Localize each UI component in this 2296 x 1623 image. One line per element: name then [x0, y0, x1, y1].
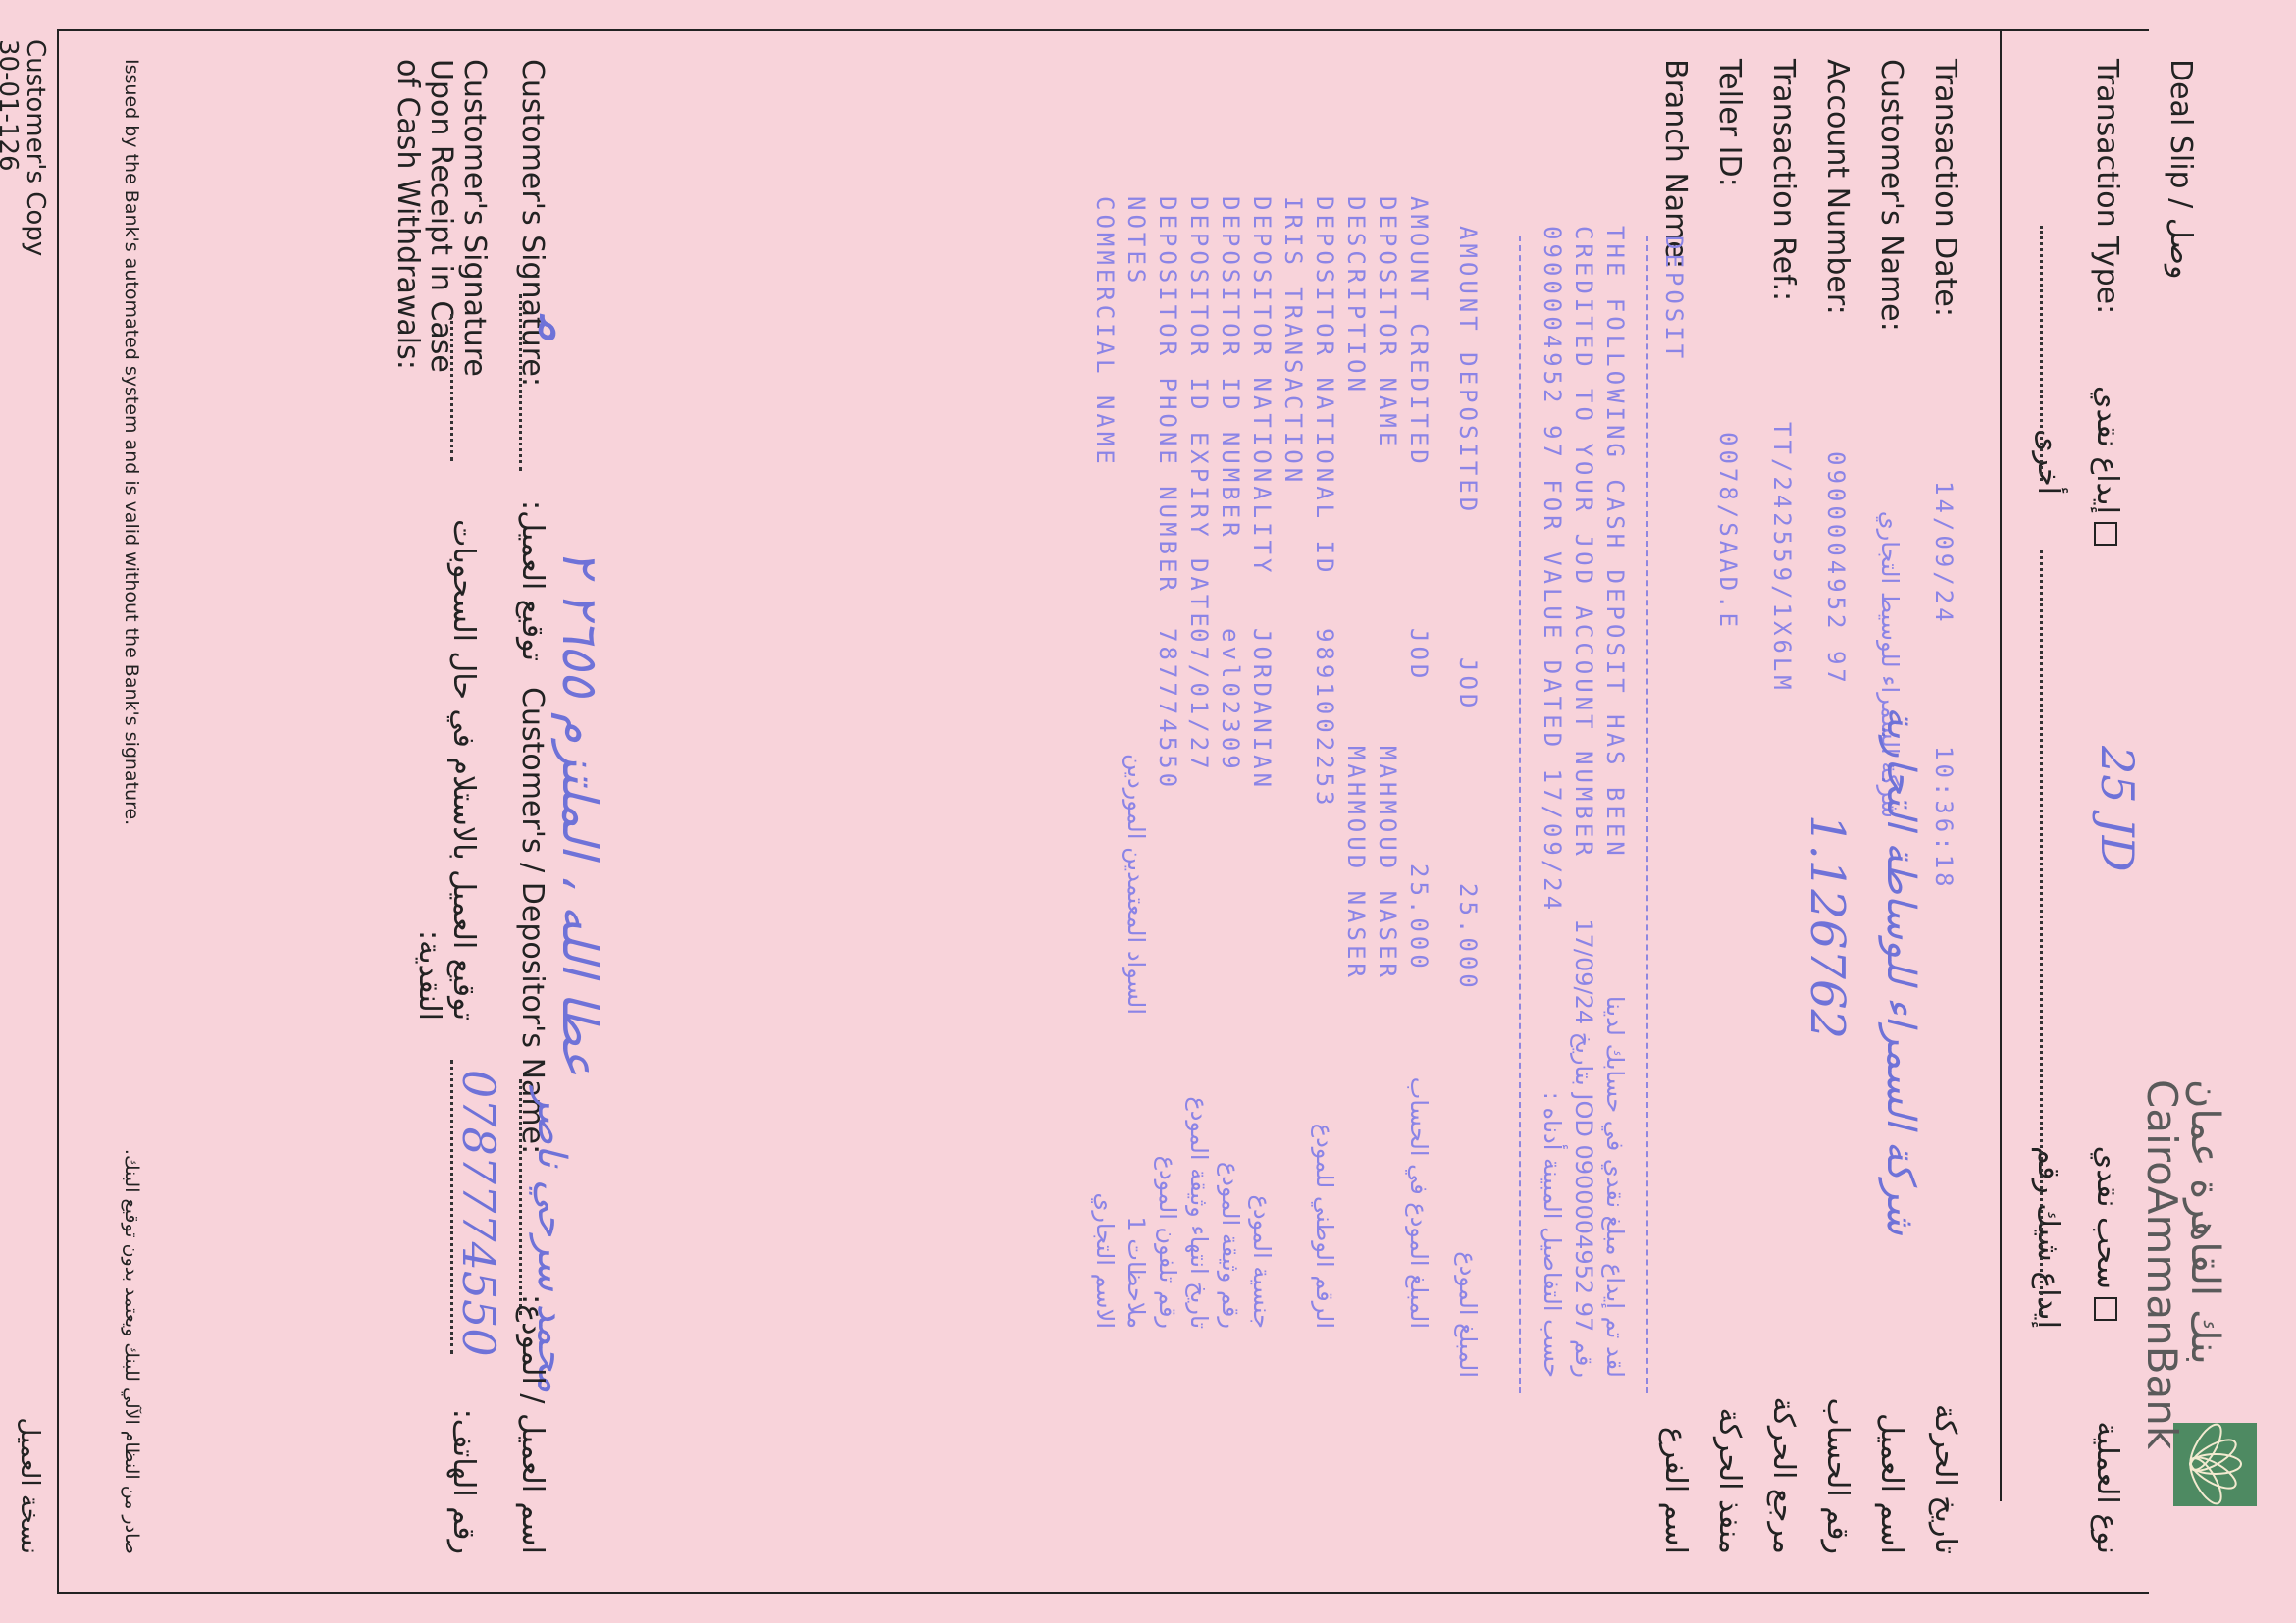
checkbox-cash-deposit[interactable] — [2095, 522, 2118, 546]
account-number-value: 0900004952 97 — [1822, 451, 1850, 687]
cheque-number-field[interactable] — [2040, 550, 2043, 1315]
row-value: MAHMOUD NASER — [1342, 746, 1370, 981]
row-label-ar: ملاحظات 1 — [1122, 1216, 1150, 1329]
row-value: السواد المعتمدين الموردين — [1122, 754, 1150, 1015]
row-label: DEPOSITOR ID EXPIRY DATE — [1185, 196, 1213, 631]
copy-label: Customer's Copy 30-01-126 — [0, 39, 49, 256]
printout-top-border — [1646, 236, 1648, 1393]
phone-label-ar: رقم الهاتف: — [446, 1409, 481, 1554]
customer-name-label-ar: اسم العميل — [1874, 1413, 1908, 1554]
transaction-type-label-ar: نوع العملية — [2090, 1421, 2124, 1554]
row-label-ar: جنسية المودع — [1248, 1195, 1276, 1330]
row-label: AMOUNT DEPOSITED — [1454, 226, 1482, 515]
row-label-ar: رقم تلفون المودع — [1154, 1156, 1181, 1329]
row-label-ar: المبلغ المودع في الحساب — [1405, 1077, 1433, 1329]
handwritten-amount: 25 JD — [2091, 746, 2144, 871]
row-label: DEPOSITOR NAME — [1374, 196, 1401, 449]
row-value: JORDANIAN — [1248, 628, 1276, 791]
customer-signature: ﻣ — [527, 314, 589, 342]
transaction-ref-label: Transaction Ref.: — [1766, 59, 1800, 301]
copy-label-ar: نسخة العميل — [15, 1417, 44, 1554]
row-currency: JOD — [1405, 628, 1433, 682]
row-label: DESCRIPTION — [1342, 196, 1370, 395]
row-label-ar: تاريخ انتهاء وثيقة المودع — [1185, 1096, 1213, 1329]
option-cheque-deposit[interactable]: إيداع شيك رقم — [2031, 1146, 2065, 1329]
withdrawal-signature-field[interactable] — [450, 314, 453, 461]
handwritten-customer-name: شركة السمراء للوساطة التجارية — [1878, 707, 1923, 1235]
row-label: COMMERCIAL NAME — [1091, 196, 1119, 468]
row-label: DEPOSITOR NATIONALITY — [1248, 196, 1276, 576]
row-label-ar: المبلغ المودع — [1454, 1251, 1482, 1378]
withdrawal-signature-label-ar: توقيع العميل بالاستلام في حال السحوبات ا… — [412, 491, 481, 1021]
teller-id-value: 0078/SAAD.E — [1714, 432, 1742, 631]
disclaimer-ar: صادر من النظام الآلي للبنك ويعتمد بدون ت… — [121, 1149, 142, 1554]
printout-heading-2: CREDITED TO YOUR JOD ACCOUNT NUMBER — [1570, 226, 1597, 860]
row-label-ar: الاسم التجاري — [1091, 1193, 1119, 1329]
transaction-ref-label-ar: مرجع الحركة — [1766, 1397, 1800, 1554]
row-label: DEPOSITOR PHONE NUMBER — [1154, 196, 1181, 595]
row-value: MAHMOUD NASER — [1374, 746, 1401, 981]
printout-heading-1: THE FOLLOWING CASH DEPOSIT HAS BEEN — [1601, 226, 1629, 860]
printout-heading-ar-3: حسب التفاصيل المبينة أدناه : — [1539, 1092, 1566, 1378]
slip-title: Deal Slip / وصل — [2164, 59, 2198, 279]
branch-name-value: DEPOSIT — [1660, 236, 1688, 362]
bank-name-arabic: بنك القاهرة عمان — [2182, 1079, 2227, 1365]
section-divider — [2000, 29, 2002, 1501]
depositor-name-field[interactable] — [519, 1079, 522, 1315]
option-other[interactable]: أخرى — [2031, 429, 2065, 495]
printout-heading-3: 0900004952 97 FOR VALUE DATED 17/09/24 — [1539, 226, 1566, 914]
row-label: DEPOSITOR ID NUMBER — [1217, 196, 1244, 541]
withdrawal-signature-label: Customer's Signature Upon Receipt in Cas… — [391, 59, 491, 377]
transaction-type-label: Transaction Type: — [2090, 59, 2124, 314]
bank-name-english: CairoAmmanBank — [2138, 1079, 2186, 1449]
form-code: 30-01-126 — [0, 39, 22, 256]
printout-heading-ar-1: لقد تم إيداع مبلغ نقدي في حسابك لدينا — [1601, 996, 1629, 1378]
row-label: IRIS TRANSACTION — [1279, 196, 1307, 486]
teller-id-label-ar: منفذ الحركة — [1712, 1408, 1747, 1554]
row-value: 787774550 — [1154, 628, 1181, 791]
row-value: 25.000 — [1454, 883, 1482, 992]
deal-slip: بنك القاهرة عمان CairoAmmanBank Deal Sli… — [0, 0, 2296, 1623]
branch-name-label-ar: اسم الفرع — [1658, 1427, 1693, 1554]
customer-name-label: Customer's Name: — [1874, 59, 1908, 332]
option-cash-withdrawal[interactable]: سحب نقدي — [2090, 1146, 2124, 1329]
depositor-name-label-ar: اسم العميل / المودع: — [515, 1294, 549, 1554]
handwritten-note: عطا الله ، الملتزم ٢٦٥٥ ٢ — [551, 550, 608, 1076]
transaction-ref-value: TT/242559/1X6LM — [1768, 422, 1796, 694]
disclaimer-en: Issued by the Bank's automated system an… — [121, 59, 142, 825]
row-label: AMOUNT CREDITED — [1405, 196, 1433, 468]
printout-heading-ar-2: رقم JOD 0900004952 97 بتاريخ 17/09/24 — [1570, 918, 1597, 1378]
handwritten-account-number: 1.126762 — [1800, 814, 1854, 1039]
row-label: DEPOSITOR NATIONAL ID — [1311, 196, 1338, 576]
handwritten-phone: 0787774550 — [452, 1070, 505, 1357]
teller-id-label: Teller ID: — [1712, 59, 1747, 187]
customer-signature-field[interactable] — [519, 294, 522, 471]
row-value: evl02309 — [1217, 628, 1244, 773]
printout-divider — [1519, 236, 1521, 1393]
transaction-time-value: 10:36:18 — [1930, 746, 1957, 891]
transaction-date-value: 14/09/24 — [1930, 481, 1957, 626]
account-number-label: Account Number: — [1820, 59, 1854, 315]
row-value: 9891002253 — [1311, 628, 1338, 810]
row-label-ar: رقم وثيقة المودع — [1217, 1162, 1244, 1329]
checkbox-cash-withdrawal[interactable] — [2095, 1297, 2118, 1321]
row-label-ar: الرقم الوطني للمودع — [1311, 1124, 1338, 1329]
row-currency: JOD — [1454, 657, 1482, 711]
account-number-label-ar: رقم الحساب — [1820, 1398, 1854, 1554]
row-value: 07/01/27 — [1185, 628, 1213, 773]
transaction-date-label-ar: تاريخ الحركة — [1928, 1404, 1962, 1554]
row-label: NOTES — [1122, 196, 1150, 287]
customer-signature-label-ar: توقيع العميل: — [515, 500, 549, 661]
transaction-date-label: Transaction Date: — [1928, 59, 1962, 317]
row-value: 25.000 — [1405, 864, 1433, 972]
other-field[interactable] — [2040, 226, 2043, 481]
option-cash-deposit[interactable]: إيداع نقدي — [2090, 386, 2124, 553]
